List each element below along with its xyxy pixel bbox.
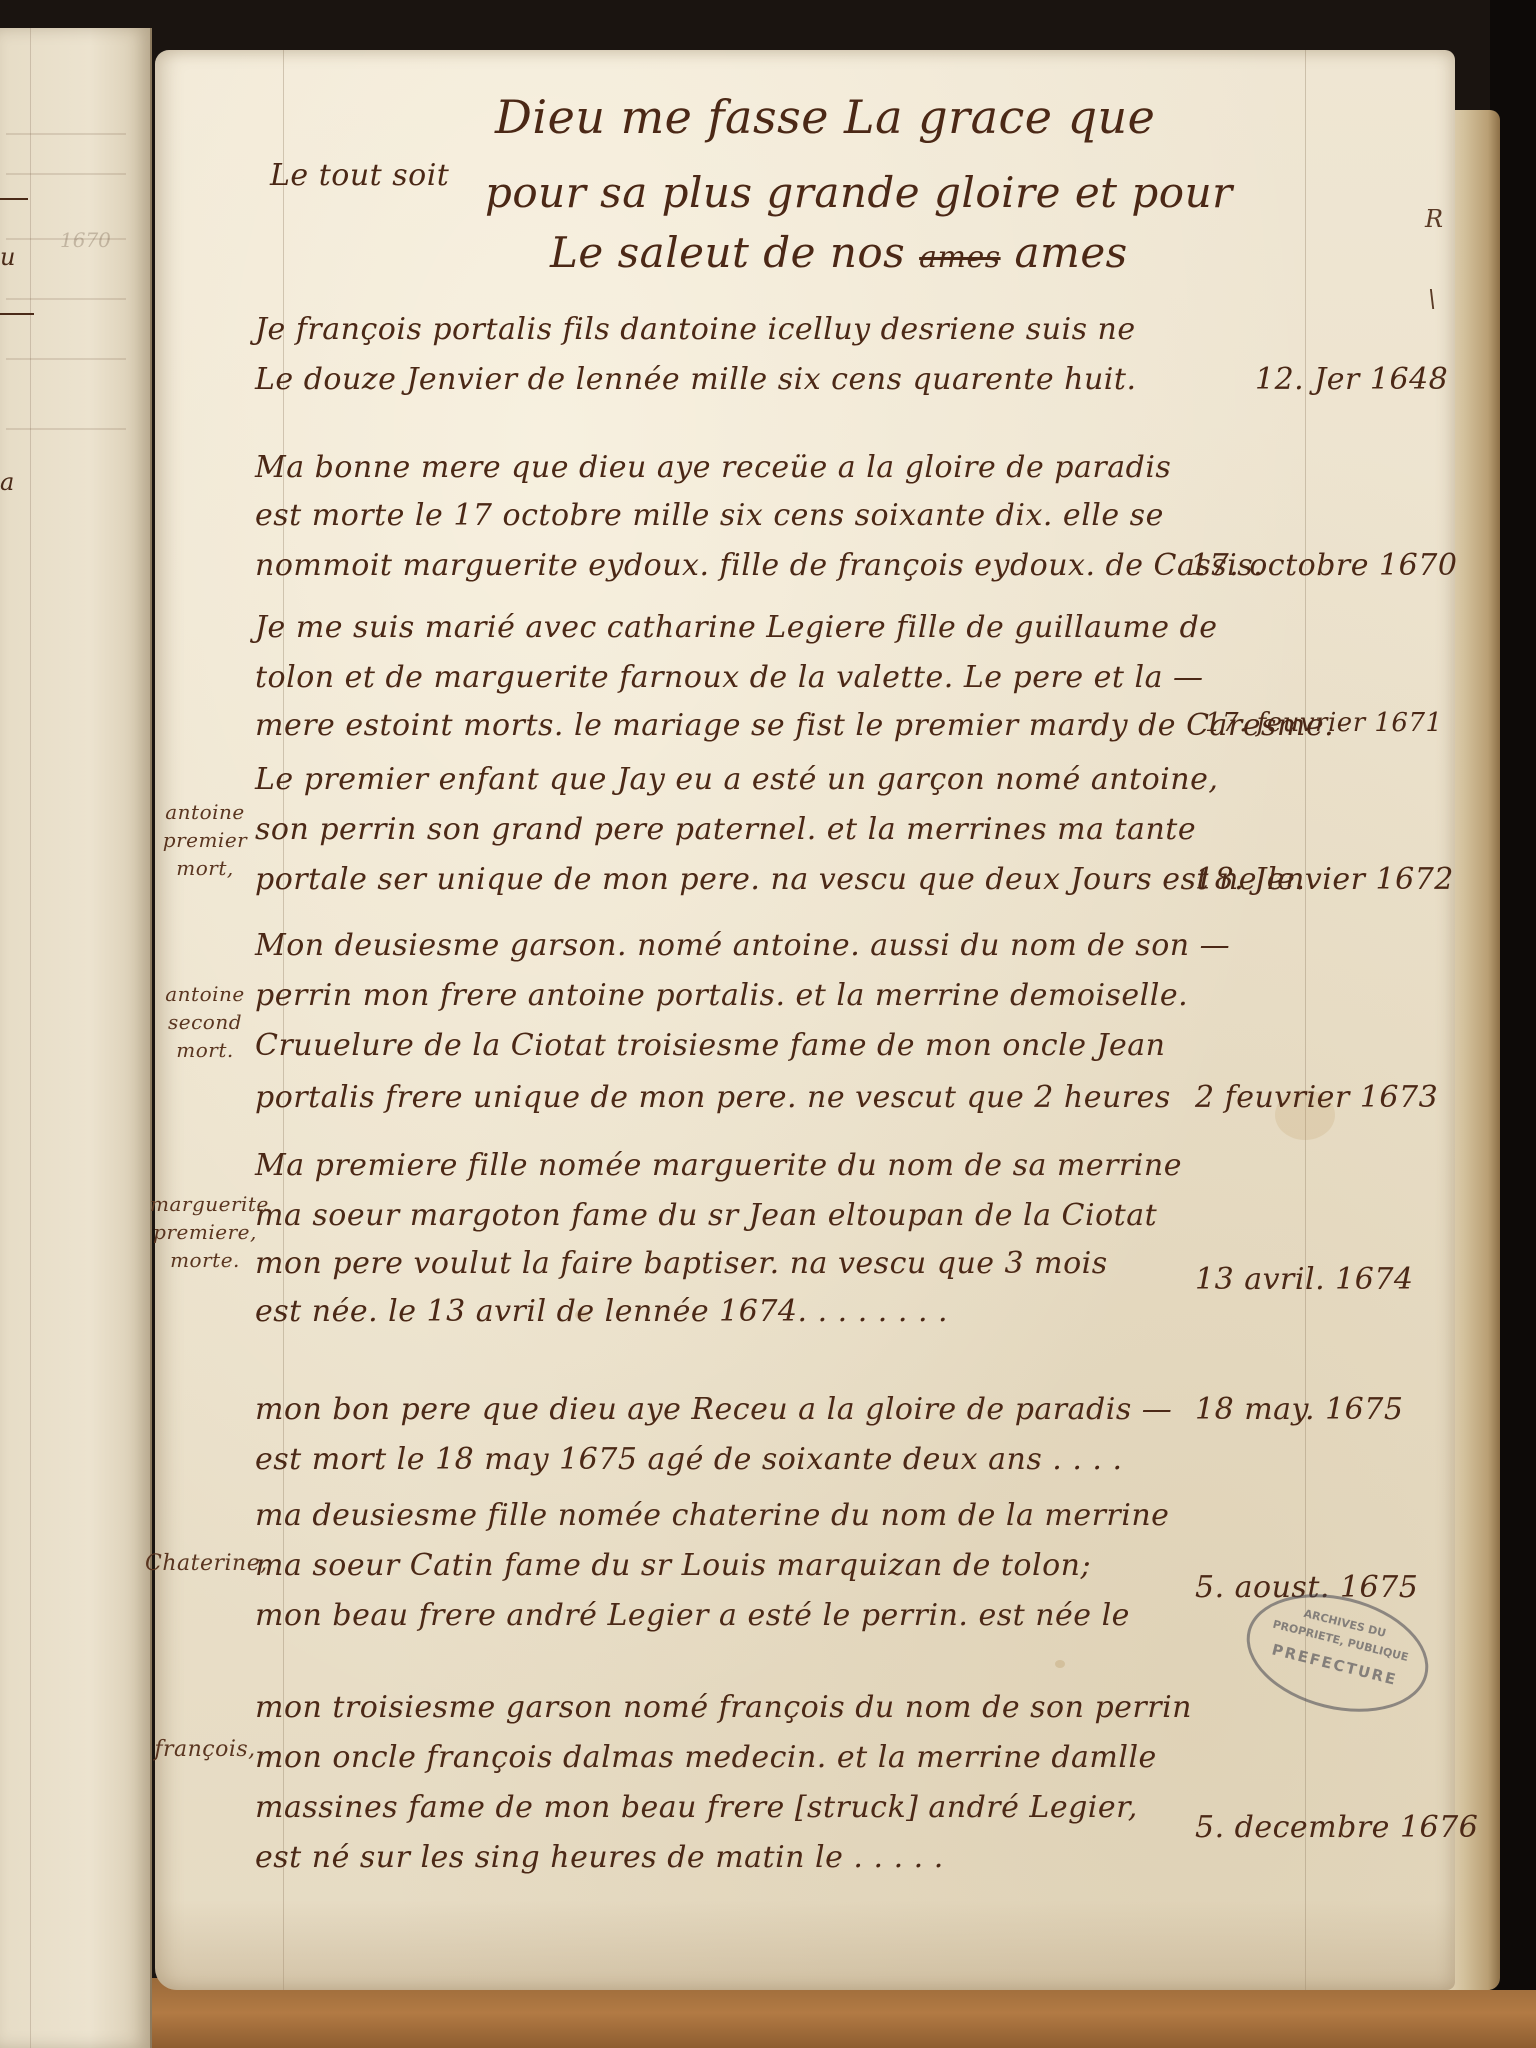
ink-fragment: a	[0, 468, 14, 496]
ink-fragment	[0, 198, 28, 200]
struck-word: ames	[919, 240, 1000, 275]
entry-line: ma deusiesme fille nomée chaterine du no…	[255, 1498, 1169, 1533]
bleed-through	[6, 173, 126, 175]
bleed-through	[6, 133, 126, 135]
ink-fragment: u	[0, 243, 15, 271]
margin-note-line: antoine	[150, 798, 260, 826]
entry-line: portalis frere unique de mon pere. ne ve…	[255, 1080, 1171, 1115]
entry-line: Je me suis marié avec catharine Legiere …	[255, 610, 1218, 645]
water-stain	[155, 1900, 1455, 1990]
entry-line: mon beau frere andré Legier a esté le pe…	[255, 1598, 1130, 1633]
entry-date: 12. Jer 1648	[1255, 362, 1448, 397]
entry-line: ma soeur margoton fame du sr Jean eltoup…	[255, 1198, 1157, 1233]
entry-line: perrin mon frere antoine portalis. et la…	[255, 978, 1188, 1013]
entry-line: est né sur les sing heures de matin le .…	[255, 1840, 944, 1875]
edge-mark: R	[1425, 205, 1443, 233]
margin-note-line: antoine	[150, 980, 260, 1008]
entry-line: mon oncle françois dalmas medecin. et la…	[255, 1740, 1157, 1775]
entry-line: tolon et de marguerite farnoux de la val…	[255, 660, 1204, 695]
entry-line: ma soeur Catin fame du sr Louis marquiza…	[255, 1548, 1091, 1583]
entry-line: est morte le 17 octobre mille six cens s…	[255, 498, 1164, 533]
entry-line: Cruuelure de la Ciotat troisiesme fame d…	[255, 1028, 1165, 1063]
entry-date: 2 feuvrier 1673	[1195, 1080, 1438, 1115]
invocation-line-2-right: pour sa plus grande gloire et pour	[485, 168, 1233, 217]
entry-line: mon bon pere que dieu aye Receu a la glo…	[255, 1392, 1172, 1427]
margin-note-line: mort,	[150, 854, 260, 882]
invocation-line-1: Dieu me fasse La grace que	[495, 90, 1155, 144]
margin-note-line: françois,	[145, 1736, 265, 1764]
manuscript-page: Dieu me fasse La grace que Le tout soit …	[155, 50, 1455, 1990]
edge-mark: \	[1428, 285, 1436, 313]
entry-line: portale ser unique de mon pere. na vescu…	[255, 862, 1305, 897]
margin-note: antoine second mort.	[150, 980, 260, 1064]
entry-date: 17. octobre 1670	[1190, 548, 1457, 583]
margin-note-line: second	[150, 1008, 260, 1036]
margin-note-line: morte.	[150, 1246, 260, 1274]
margin-note: marguerite premiere, morte.	[150, 1190, 260, 1274]
entry-line: Je françois portalis fils dantoine icell…	[255, 312, 1136, 347]
entry-date: 18 may. 1675	[1195, 1392, 1403, 1427]
margin-note-line: premiere,	[150, 1218, 260, 1246]
margin-note-line: premier	[150, 826, 260, 854]
invocation-line-3-end: ames	[1014, 228, 1127, 277]
entry-line: Le premier enfant que Jay eu a esté un g…	[255, 762, 1218, 797]
entry-line: Mon deusiesme garson. nomé antoine. auss…	[255, 928, 1230, 963]
margin-note-line: marguerite	[150, 1190, 260, 1218]
faded-year: 1670	[60, 228, 111, 252]
left-facing-page: u a 1670	[0, 28, 152, 2048]
entry-line: mere estoint morts. le mariage se fist l…	[255, 708, 1334, 743]
margin-note: antoine premier mort,	[150, 798, 260, 882]
entry-line: Ma premiere fille nomée marguerite du no…	[255, 1148, 1182, 1183]
entry-date: 5. decembre 1676	[1195, 1810, 1478, 1845]
entry-line: Ma bonne mere que dieu aye receüe a la g…	[255, 450, 1171, 485]
entry-date: 13 avril. 1674	[1195, 1262, 1414, 1297]
entry-date: 17. feuvrier 1671	[1205, 708, 1443, 738]
margin-note: Chaterine,	[145, 1550, 265, 1578]
bleed-through	[6, 358, 126, 360]
entry-line: massines fame de mon beau frere [struck]…	[255, 1790, 1138, 1825]
invocation-line-3: Le saleut de nos ames ames	[550, 228, 1128, 277]
invocation-line-2-left: Le tout soit	[270, 158, 449, 193]
margin-note-line: mort.	[150, 1036, 260, 1064]
entry-line: est née. le 13 avril de lennée 1674. . .…	[255, 1294, 948, 1329]
margin-note-line: Chaterine,	[145, 1550, 265, 1578]
entry-line: mon pere voulut la faire baptiser. na ve…	[255, 1246, 1108, 1281]
left-page-rule	[30, 28, 31, 2048]
entry-line: son perrin son grand pere paternel. et l…	[255, 812, 1196, 847]
bleed-through	[6, 298, 126, 300]
entry-line: mon troisiesme garson nomé françois du n…	[255, 1690, 1192, 1725]
entry-line: nommoit marguerite eydoux. fille de fran…	[255, 548, 1263, 583]
entry-date: 18. Jenvier 1672	[1195, 862, 1454, 897]
entry-line: Le douze Jenvier de lennée mille six cen…	[255, 362, 1136, 397]
ink-fragment	[0, 313, 34, 315]
invocation-line-3-text: Le saleut de nos	[550, 228, 905, 277]
foxing-spot	[1055, 1660, 1065, 1668]
margin-note: françois,	[145, 1736, 265, 1764]
bleed-through	[6, 428, 126, 430]
entry-line: est mort le 18 may 1675 agé de soixante …	[255, 1442, 1123, 1477]
